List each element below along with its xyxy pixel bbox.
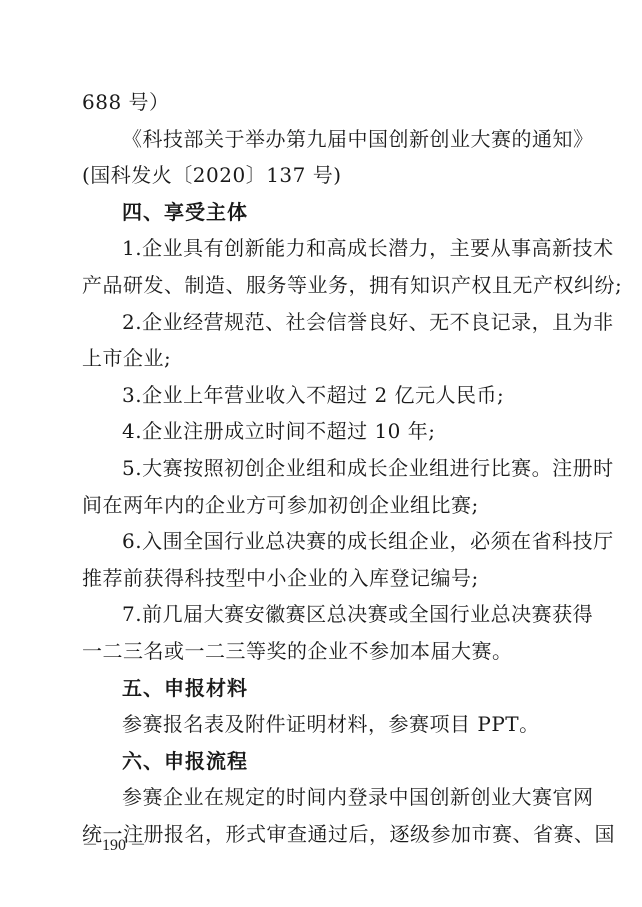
text-line: 推荐前获得科技型中小企业的入库登记编号; (82, 560, 562, 597)
text-line: 间在两年内的企业方可参加初创企业组比赛; (82, 487, 562, 524)
text-line: 1.企业具有创新能力和高成长潜力，主要从事高新技术 (82, 230, 562, 267)
page-number: － 190 － (82, 832, 146, 855)
text-line: 上市企业; (82, 340, 562, 377)
text-line: 3.企业上年营业收入不超过 2 亿元人民币; (82, 377, 562, 414)
text-line: 产品研发、制造、服务等业务，拥有知识产权且无产权纠纷; (82, 267, 562, 304)
document-page: 688 号） 《科技部关于举办第九届中国创新创业大赛的通知》 (国科发火〔202… (82, 84, 562, 852)
text-line: 2.企业经营规范、社会信誉良好、无不良记录，且为非 (82, 304, 562, 341)
section-heading-application-materials: 五、申报材料 (82, 670, 562, 707)
text-line: 参赛企业在规定的时间内登录中国创新创业大赛官网 (82, 779, 562, 816)
text-line: 5.大赛按照初创企业组和成长企业组进行比赛。注册时 (82, 450, 562, 487)
text-line: 参赛报名表及附件证明材料，参赛项目 PPT。 (82, 706, 562, 743)
text-line-notice-title: 《科技部关于举办第九届中国创新创业大赛的通知》 (82, 121, 562, 158)
text-line: 688 号） (82, 84, 562, 121)
text-line: 统一注册报名，形式审查通过后，逐级参加市赛、省赛、国 (82, 816, 562, 853)
text-line: 7.前几届大赛安徽赛区总决赛或全国行业总决赛获得 (82, 596, 562, 633)
text-line-notice-number: (国科发火〔2020〕137 号) (82, 157, 562, 194)
text-line: 4.企业注册成立时间不超过 10 年; (82, 413, 562, 450)
section-heading-eligible-entities: 四、享受主体 (82, 194, 562, 231)
text-line: 一二三名或一二三等奖的企业不参加本届大赛。 (82, 633, 562, 670)
text-line: 6.入围全国行业总决赛的成长组企业，必须在省科技厅 (82, 523, 562, 560)
section-heading-application-process: 六、申报流程 (82, 743, 562, 780)
